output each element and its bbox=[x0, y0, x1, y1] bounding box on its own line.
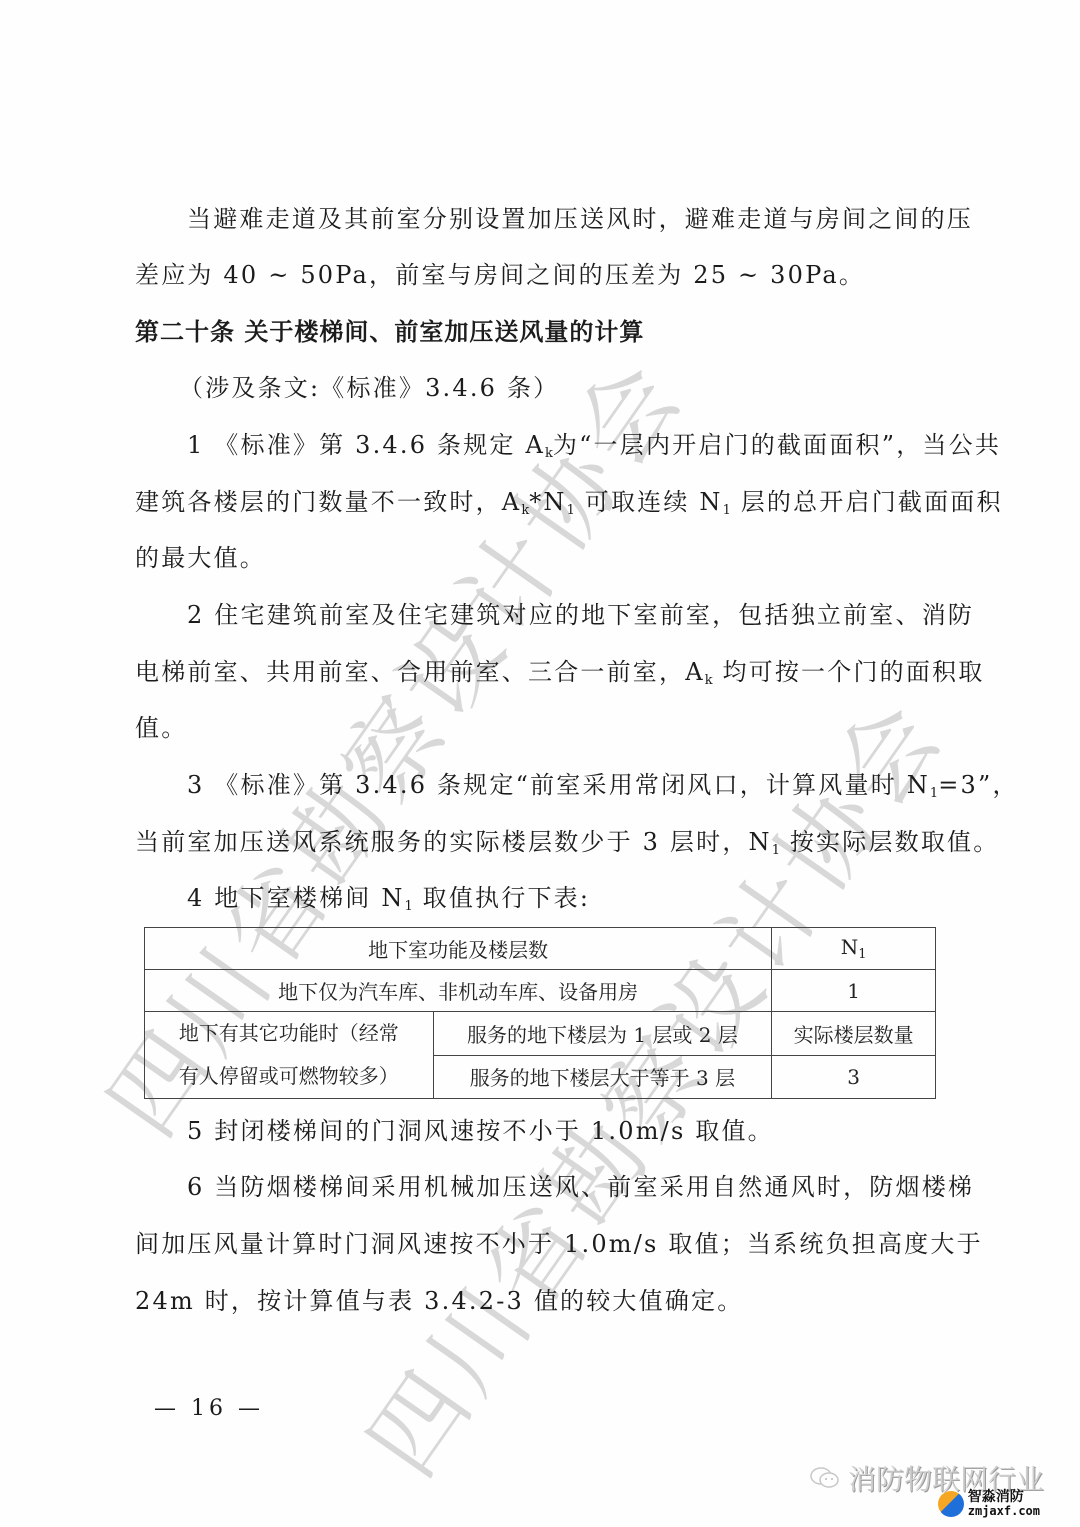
text: 按实际层数取值。 bbox=[780, 828, 999, 856]
table-header-row: 地下室功能及楼层数 N1 bbox=[145, 928, 936, 970]
clause-reference: （涉及条文:《标准》3.4.6 条） bbox=[179, 372, 559, 404]
logo-url: zmjaxf.com bbox=[968, 1504, 1040, 1518]
header-function-floors: 地下室功能及楼层数 bbox=[145, 928, 772, 970]
section-heading: 第二十条 关于楼梯间、前室加压送风量的计算 bbox=[135, 316, 644, 348]
text: 电梯前室、共用前室、合用前室、三合一前室，A bbox=[135, 658, 705, 686]
header-n1: N1 bbox=[772, 928, 936, 970]
paragraph-line: 差应为 40 ~ 50Pa，前室与房间之间的压差为 25 ~ 30Pa。 bbox=[135, 259, 865, 291]
text: 取值执行下表: bbox=[413, 884, 590, 912]
item-1-line-3: 的最大值。 bbox=[135, 542, 266, 574]
item-2-line-3: 值。 bbox=[135, 712, 187, 744]
item-6-line-3: 24m 时，按计算值与表 3.4.2-3 值的较大值确定。 bbox=[135, 1285, 743, 1317]
group-label: 地下有其它功能时（经常有人停留或可燃物较多） bbox=[145, 1012, 434, 1099]
text: 层的总开启门截面面积 bbox=[731, 488, 1003, 516]
document-page: 四川省勘察设计协会 四川省勘察设计协会 当避难走道及其前室分别设置加压送风时，避… bbox=[0, 0, 1080, 1527]
item-1-line-2: 建筑各楼层的门数量不一致时，Ak*N1 可取连续 N1 层的总开启门截面面积 bbox=[135, 486, 1003, 527]
item-4-line-1: 4 地下室楼梯间 N1 取值执行下表: bbox=[187, 882, 590, 923]
row-label: 地下仅为汽车库、非机动车库、设备用房 bbox=[145, 970, 772, 1012]
text: 当前室加压送风系统服务的实际楼层数少于 3 层时，N bbox=[135, 828, 772, 856]
subscript: k bbox=[545, 446, 553, 461]
item-2-line-1: 2 住宅建筑前室及住宅建筑对应的地下室前室，包括独立前室、消防 bbox=[187, 599, 974, 631]
item-1-line-1: 1 《标准》第 3.4.6 条规定 Ak为“一层内开启门的截面面积”，当公共 bbox=[187, 429, 1001, 470]
text: 有人停留或可燃物较多） bbox=[179, 1064, 399, 1088]
item-6-line-2: 间加压风量计算时门洞风速按不小于 1.0m/s 取值；当系统负担高度大于 bbox=[135, 1228, 983, 1260]
row-condition: 服务的地下楼层大于等于 3 层 bbox=[433, 1055, 772, 1099]
site-logo: 智淼消防 zmjaxf.com bbox=[938, 1490, 1040, 1518]
item-3-line-1: 3 《标准》第 3.4.6 条规定“前室采用常闭风口，计算风量时 N1=3”， bbox=[187, 769, 1019, 810]
page-number: — 16 — bbox=[154, 1396, 264, 1421]
subscript: 1 bbox=[930, 786, 938, 801]
text: 3 《标准》第 3.4.6 条规定“前室采用常闭风口，计算风量时 N bbox=[187, 771, 930, 799]
text: N bbox=[841, 935, 859, 959]
item-6-line-1: 6 当防烟楼梯间采用机械加压送风、前室采用自然通风时，防烟楼梯 bbox=[187, 1171, 974, 1203]
text: 可取连续 N bbox=[575, 488, 723, 516]
text: =3”， bbox=[938, 771, 1018, 799]
wechat-icon bbox=[810, 1466, 840, 1490]
subscript: 1 bbox=[723, 503, 731, 518]
table-row: 地下有其它功能时（经常有人停留或可燃物较多） 服务的地下楼层为 1 层或 2 层… bbox=[145, 1012, 936, 1056]
text: *N bbox=[529, 488, 566, 516]
text: 均可按一个门的面积取 bbox=[713, 658, 985, 686]
subscript: 1 bbox=[405, 899, 413, 914]
text: 地下有其它功能时（经常 bbox=[179, 1021, 399, 1045]
row-value: 实际楼层数量 bbox=[772, 1012, 936, 1056]
item-3-line-2: 当前室加压送风系统服务的实际楼层数少于 3 层时，N1 按实际层数取值。 bbox=[135, 826, 999, 867]
subscript: 1 bbox=[567, 503, 575, 518]
row-value: 1 bbox=[772, 970, 936, 1012]
subscript: 1 bbox=[772, 843, 780, 858]
paragraph-line: 当避难走道及其前室分别设置加压送风时，避难走道与房间之间的压 bbox=[187, 203, 973, 235]
logo-icon bbox=[938, 1491, 964, 1517]
n1-value-table: 地下室功能及楼层数 N1 地下仅为汽车库、非机动车库、设备用房 1 地下有其它功… bbox=[144, 927, 936, 1099]
text: 为“一层内开启门的截面面积”，当公共 bbox=[553, 431, 1001, 459]
subscript: k bbox=[705, 673, 713, 688]
row-value: 3 bbox=[772, 1055, 936, 1099]
text: 1 《标准》第 3.4.6 条规定 A bbox=[187, 431, 545, 459]
row-condition: 服务的地下楼层为 1 层或 2 层 bbox=[433, 1012, 772, 1056]
subscript: 1 bbox=[858, 947, 866, 962]
text: 建筑各楼层的门数量不一致时，A bbox=[135, 488, 521, 516]
table-row: 地下仅为汽车库、非机动车库、设备用房 1 bbox=[145, 970, 936, 1012]
item-5: 5 封闭楼梯间的门洞风速按不小于 1.0m/s 取值。 bbox=[187, 1115, 774, 1147]
text: 4 地下室楼梯间 N bbox=[187, 884, 405, 912]
item-2-line-2: 电梯前室、共用前室、合用前室、三合一前室，Ak 均可按一个门的面积取 bbox=[135, 656, 984, 697]
logo-name: 智淼消防 bbox=[968, 1490, 1040, 1504]
